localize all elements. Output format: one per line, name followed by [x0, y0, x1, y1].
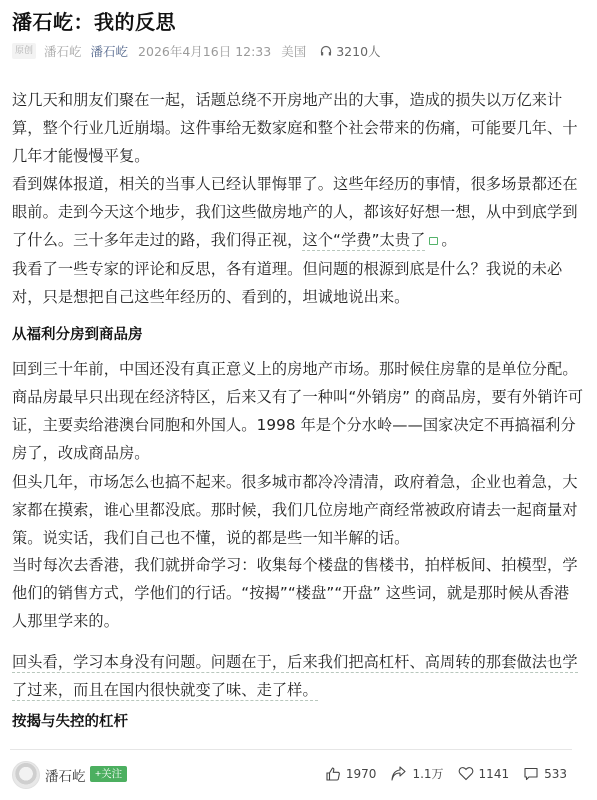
original-badge: 原创 — [12, 43, 36, 59]
favorite-button[interactable]: 1141 — [458, 766, 510, 781]
footer-author-name[interactable]: 潘石屹 — [45, 765, 86, 785]
source-name: 潘石屹 — [44, 42, 82, 60]
paragraph-2-text: 看到媒体报道，相关的当事人已经认罪悔罪了。这些年经历的事情，很多场景都还在眼前。… — [12, 175, 578, 249]
article-title: 潘石屹：我的反思 — [12, 8, 176, 36]
section-heading-2: 按揭与失控的杠杆 — [12, 712, 128, 732]
paragraph-5: 但头几年，市场怎么也搞不起来。很多城市都冷冷清清，政府着急，企业也着急，大家都在… — [12, 468, 584, 552]
headphones-icon — [320, 45, 332, 57]
paragraph-6: 当时每次去香港，我们就拼命学习：收集每个楼盘的售楼书，拍样板间、拍模型，学他们的… — [12, 551, 584, 635]
follow-button[interactable]: +关注 — [90, 766, 127, 782]
annotation-icon[interactable] — [429, 237, 438, 245]
like-button[interactable]: 1970 — [325, 766, 377, 782]
favorite-count: 1141 — [479, 767, 510, 781]
paragraph-2: 看到媒体报道，相关的当事人已经认罪悔罪了。这些年经历的事情，很多场景都还在眼前。… — [12, 170, 584, 254]
paragraph-1: 这几天和朋友们聚在一起，话题总绕不开房地产出的大事，造成的损失以万亿来计算，整个… — [12, 86, 584, 170]
share-count: 1.1万 — [412, 765, 443, 782]
comment-bubble-icon — [523, 766, 539, 782]
engagement-stats: 1970 1.1万 1141 533 — [311, 765, 567, 782]
avatar[interactable] — [12, 761, 40, 789]
paragraph-2-end: 。 — [441, 231, 456, 249]
ip-region: 美国 — [281, 42, 306, 60]
author-footer-bar: 潘石屹 +关注 1970 1.1万 1141 533 — [0, 750, 597, 800]
paragraph-7: 回头看，学习本身没有问题。问题在于，后来我们把高杠杆、高周转的那套做法也学了过来… — [12, 648, 584, 704]
comment-button[interactable]: 533 — [523, 766, 567, 782]
thumbs-up-icon — [325, 766, 341, 782]
publish-date: 2026年4月16日 12:33 — [138, 42, 271, 60]
author-link[interactable]: 潘石屹 — [91, 42, 129, 60]
listener-count: 3210人 — [336, 42, 380, 60]
share-arrow-icon — [390, 766, 407, 782]
annotated-phrase[interactable]: 这个“学费”太贵了 — [302, 231, 425, 251]
article-meta: 原创 潘石屹 潘石屹 2026年4月16日 12:33 美国 3210人 — [12, 42, 381, 60]
like-count: 1970 — [346, 767, 377, 781]
share-button[interactable]: 1.1万 — [390, 765, 443, 782]
listen-button[interactable]: 3210人 — [320, 42, 380, 60]
annotated-paragraph[interactable]: 回头看，学习本身没有问题。问题在于，后来我们把高杠杆、高周转的那套做法也学了过来… — [12, 653, 578, 701]
section-heading-1: 从福利分房到商品房 — [12, 325, 143, 345]
comment-count: 533 — [544, 767, 567, 781]
paragraph-4: 回到三十年前，中国还没有真正意义上的房地产市场。那时候住房靠的是单位分配。商品房… — [12, 355, 584, 467]
heart-icon — [458, 766, 474, 781]
paragraph-3: 我看了一些专家的评论和反思，各有道理。但问题的根源到底是什么？我说的未必对，只是… — [12, 255, 584, 311]
